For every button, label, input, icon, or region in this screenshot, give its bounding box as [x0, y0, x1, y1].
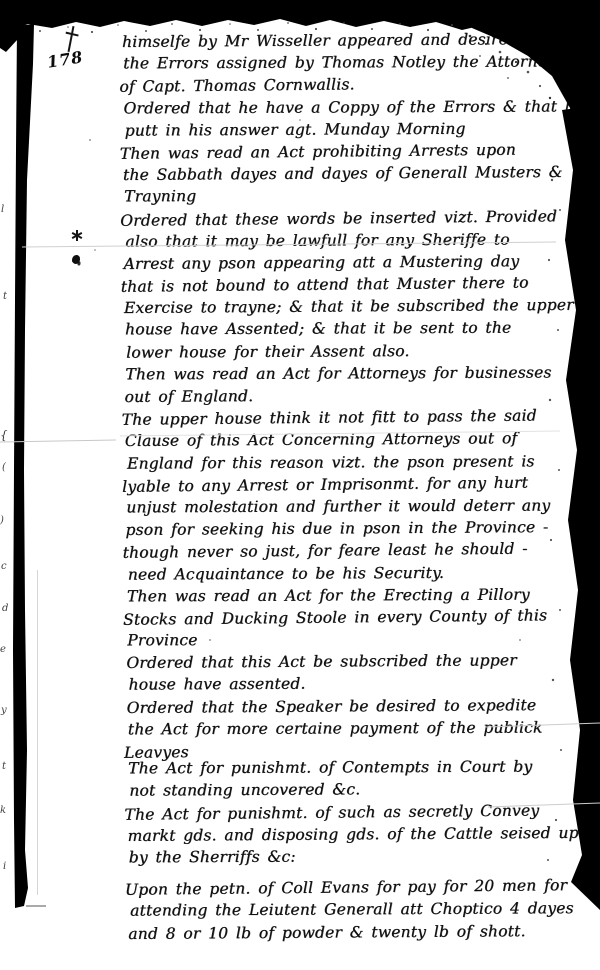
margin-fragment: e	[0, 645, 6, 655]
margin-fragment: c	[1, 562, 7, 572]
margin-fragment: t	[3, 292, 7, 302]
manuscript-line: also that it may be lawfull for any Sher…	[125, 228, 593, 253]
manuscript-line: and 8 or 10 lb of powder & twenty lb of …	[128, 919, 596, 944]
scan-corner-blob	[0, 0, 20, 52]
manuscript-line: of Capt. Thomas Cornwallis.	[119, 71, 587, 98]
manuscript-line: unjust molestation and further it would …	[126, 494, 594, 518]
manuscript-line: Clause of this Act Concerning Attorneys …	[125, 427, 593, 452]
scan-scratch-line	[37, 570, 38, 895]
margin-fragment: i	[3, 862, 6, 872]
manuscript-line: house have Assented; & that it be sent t…	[125, 317, 593, 341]
manuscript-line: himselfe by Mr Wisseller appeared and de…	[122, 28, 590, 53]
margin-fragment: k	[0, 806, 6, 816]
manuscript-line: Exercise to trayne; & that it be subscri…	[124, 294, 592, 319]
page-number: 178	[46, 47, 85, 71]
manuscript-line: by the Sherriffs &c:	[129, 844, 597, 868]
manuscript-line: not standing uncovered &c.	[129, 777, 597, 802]
manuscript-line: though never so just, for feare least he…	[123, 537, 591, 564]
manuscript-line: need Acquaintance to be his Security.	[128, 561, 596, 586]
margin-fragment: )	[0, 516, 4, 526]
manuscript-line: Ordered that these words be inserted viz…	[120, 204, 588, 231]
scan-gutter-bar	[13, 24, 34, 908]
manuscript-line: lower house for their Assent also.	[126, 339, 594, 364]
manuscript-line: the Sabbath dayes and dayes of Generall …	[123, 161, 591, 186]
manuscript-line: The Act for punishmt. of Contempts in Co…	[128, 755, 596, 779]
manuscript-line: Province	[127, 627, 595, 651]
manuscript-text-block: himselfe by Mr Wisseller appeared and de…	[122, 28, 596, 945]
margin-fragment: y	[1, 706, 7, 716]
manuscript-line: attending the Leiutent Generall att Chop…	[130, 897, 598, 922]
manuscript-line: Trayning	[124, 184, 592, 208]
margin-fragment: l	[1, 205, 4, 215]
manuscript-line: Ordered that the Speaker be desired to e…	[127, 693, 595, 718]
margin-fragment: {	[0, 430, 8, 440]
manuscript-line: markt gds. and disposing gds. of the Cat…	[128, 821, 596, 846]
asterisk-mark-icon	[76, 230, 78, 241]
manuscript-line: The Act for punishmt. of such as secretl…	[124, 798, 592, 825]
margin-fragment: t	[2, 762, 6, 772]
manuscript-line: Then was read an Act for Attorneys for b…	[125, 361, 593, 385]
manuscript-scan-page: 178 l t { ( ) c d e y t k i himselfe by …	[0, 0, 600, 970]
manuscript-line: house have assented.	[129, 671, 597, 696]
margin-fragment: d	[2, 604, 8, 614]
ink-blot-icon	[72, 255, 80, 264]
manuscript-line: Ordered that he have a Coppy of the Erro…	[123, 95, 591, 119]
margin-fragment: (	[2, 463, 6, 473]
